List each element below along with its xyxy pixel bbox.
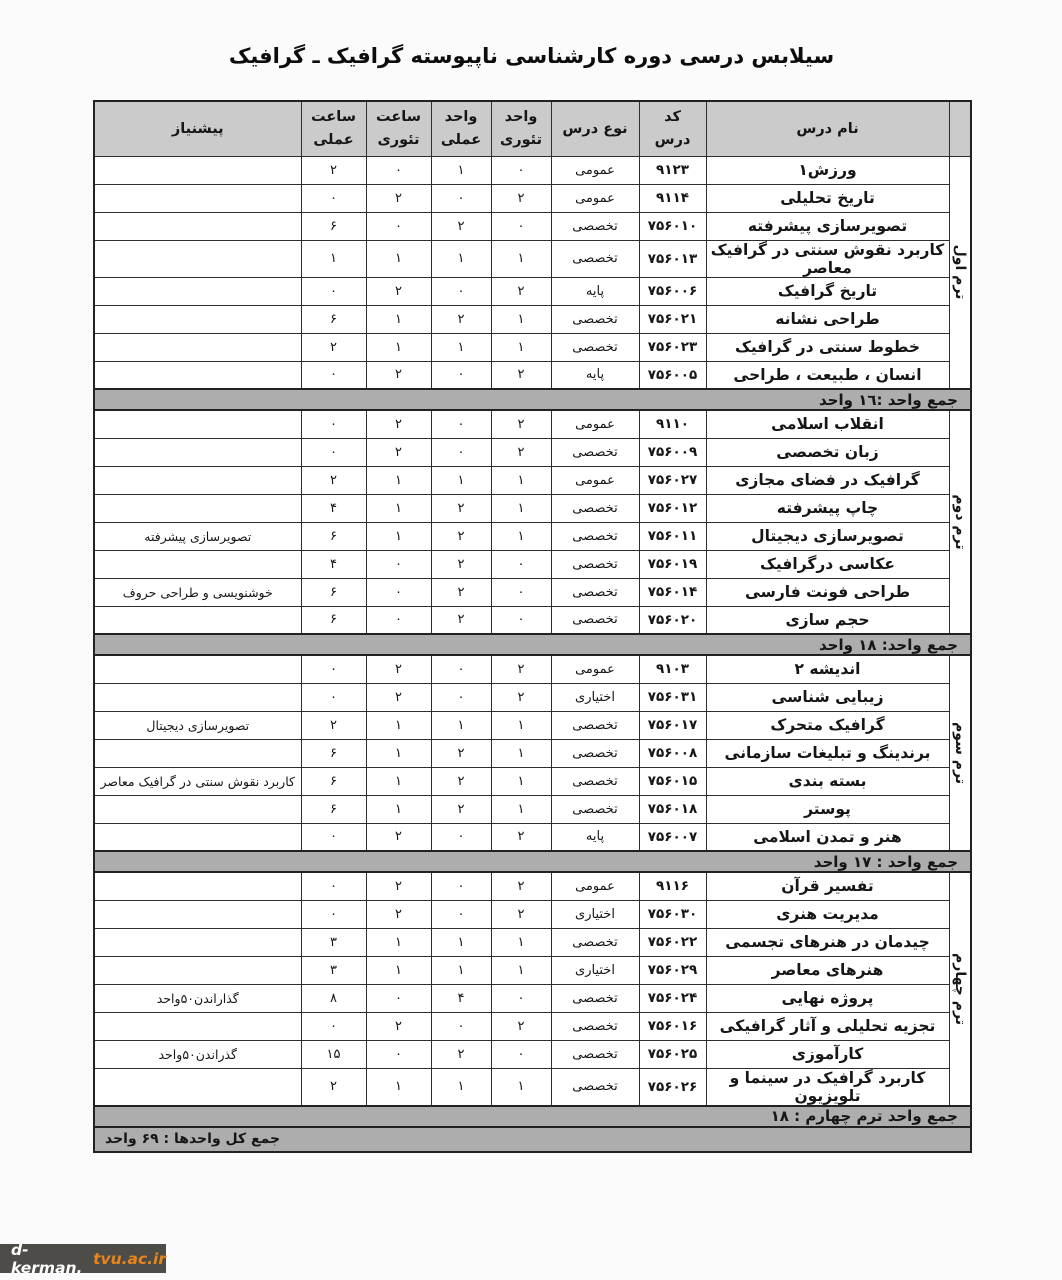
- cell-type: تخصصی: [551, 606, 639, 634]
- cell-ph: ۰: [301, 438, 366, 466]
- cell-code: ۷۵۶۰۰۵: [639, 361, 706, 389]
- course-row: برندینگ و تبلیغات سازمانی۷۵۶۰۰۸تخصصی۱۲۱۶: [94, 739, 971, 767]
- cell-prereq: [94, 872, 301, 900]
- course-row: تصویرسازی دیجیتال۷۵۶۰۱۱تخصصی۱۲۱۶تصویرساز…: [94, 522, 971, 550]
- header-theory-units-line1: واحد: [494, 106, 549, 128]
- header-course-code: کد درس: [639, 101, 706, 156]
- cell-tu: ۲: [491, 438, 551, 466]
- cell-tu: ۲: [491, 410, 551, 438]
- course-row: ترم اولورزش۱۹۱۲۳عمومی۰۱۰۲: [94, 156, 971, 184]
- cell-prereq: [94, 823, 301, 851]
- term-label-cell: ترم چهارم: [949, 872, 971, 1106]
- cell-name: پروژه نهایی: [706, 984, 949, 1012]
- cell-type: پایه: [551, 277, 639, 305]
- cell-pu: ۲: [431, 1040, 491, 1068]
- cell-prereq: [94, 494, 301, 522]
- cell-name: برندینگ و تبلیغات سازمانی: [706, 739, 949, 767]
- course-row: تصویرسازی پیشرفته۷۵۶۰۱۰تخصصی۰۲۰۶: [94, 212, 971, 240]
- cell-type: تخصصی: [551, 1068, 639, 1106]
- cell-th: ۱: [366, 240, 431, 277]
- term-label: ترم اول: [952, 245, 968, 300]
- cell-prereq: [94, 240, 301, 277]
- cell-type: تخصصی: [551, 305, 639, 333]
- cell-th: ۱: [366, 1068, 431, 1106]
- header-practical-units: واحد عملی: [431, 101, 491, 156]
- cell-name: انقلاب اسلامی: [706, 410, 949, 438]
- cell-ph: ۰: [301, 872, 366, 900]
- cell-prereq: [94, 956, 301, 984]
- cell-pu: ۰: [431, 277, 491, 305]
- cell-ph: ۸: [301, 984, 366, 1012]
- cell-name: تاریخ گرافیک: [706, 277, 949, 305]
- cell-pu: ۲: [431, 739, 491, 767]
- cell-ph: ۶: [301, 305, 366, 333]
- cell-ph: ۳: [301, 928, 366, 956]
- cell-pu: ۲: [431, 767, 491, 795]
- cell-type: تخصصی: [551, 984, 639, 1012]
- cell-prereq: [94, 928, 301, 956]
- cell-pu: ۰: [431, 184, 491, 212]
- cell-th: ۱: [366, 795, 431, 823]
- cell-ph: ۶: [301, 767, 366, 795]
- cell-prereq: خوشنویسی و طراحی حروف: [94, 578, 301, 606]
- cell-th: ۰: [366, 1040, 431, 1068]
- cell-ph: ۶: [301, 578, 366, 606]
- term-label: ترم دوم: [952, 494, 968, 549]
- cell-prereq: [94, 305, 301, 333]
- cell-ph: ۰: [301, 823, 366, 851]
- cell-tu: ۰: [491, 984, 551, 1012]
- header-theory-hours-line2: تئوری: [369, 129, 429, 151]
- cell-ph: ۰: [301, 655, 366, 683]
- cell-name: تصویرسازی پیشرفته: [706, 212, 949, 240]
- cell-pu: ۲: [431, 522, 491, 550]
- cell-ph: ۱۵: [301, 1040, 366, 1068]
- cell-th: ۰: [366, 606, 431, 634]
- course-row: کارآموزی۷۵۶۰۲۵تخصصی۰۲۰۱۵گذراندن۵۰واحد: [94, 1040, 971, 1068]
- cell-type: اختیاری: [551, 900, 639, 928]
- cell-name: گرافیک در فضای مجازی: [706, 466, 949, 494]
- cell-tu: ۱: [491, 1068, 551, 1106]
- table-header-row: نام درس کد درس نوع درس واحد تئوری واحد ع…: [94, 101, 971, 156]
- cell-name: زبان تخصصی: [706, 438, 949, 466]
- cell-type: عمومی: [551, 655, 639, 683]
- cell-tu: ۰: [491, 578, 551, 606]
- cell-code: ۷۵۶۰۳۰: [639, 900, 706, 928]
- cell-type: عمومی: [551, 184, 639, 212]
- cell-pu: ۰: [431, 1012, 491, 1040]
- cell-th: ۱: [366, 333, 431, 361]
- cell-type: پایه: [551, 823, 639, 851]
- term-total-label: جمع واحد :١٦ واحد: [94, 389, 971, 410]
- cell-th: ۱: [366, 494, 431, 522]
- course-row: هنر و تمدن اسلامی۷۵۶۰۰۷پایه۲۰۲۰: [94, 823, 971, 851]
- cell-code: ۷۵۶۰۱۴: [639, 578, 706, 606]
- cell-code: ۹۱۱۴: [639, 184, 706, 212]
- course-row: هنرهای معاصر۷۵۶۰۲۹اختیاری۱۱۱۳: [94, 956, 971, 984]
- cell-name: ورزش۱: [706, 156, 949, 184]
- cell-th: ۱: [366, 739, 431, 767]
- cell-code: ۹۱۱۰: [639, 410, 706, 438]
- cell-th: ۲: [366, 184, 431, 212]
- cell-tu: ۲: [491, 872, 551, 900]
- header-theory-units-line2: تئوری: [494, 129, 549, 151]
- cell-ph: ۱: [301, 240, 366, 277]
- cell-pu: ۴: [431, 984, 491, 1012]
- cell-th: ۲: [366, 872, 431, 900]
- course-row: طراحی فونت فارسی۷۵۶۰۱۴تخصصی۰۲۰۶خوشنویسی …: [94, 578, 971, 606]
- grand-total-label: جمع کل واحدها : ۶۹ واحد: [94, 1127, 971, 1152]
- cell-code: ۷۵۶۰۱۷: [639, 711, 706, 739]
- course-row: زیبایی شناسی۷۵۶۰۳۱اختیاری۲۰۲۰: [94, 683, 971, 711]
- cell-ph: ۰: [301, 1012, 366, 1040]
- cell-ph: ۲: [301, 333, 366, 361]
- cell-prereq: [94, 606, 301, 634]
- cell-prereq: گذراندن۵۰واحد: [94, 1040, 301, 1068]
- cell-type: پایه: [551, 361, 639, 389]
- cell-code: ۷۵۶۰۰۸: [639, 739, 706, 767]
- cell-tu: ۲: [491, 683, 551, 711]
- cell-code: ۷۵۶۰۲۴: [639, 984, 706, 1012]
- cell-name: مدیریت هنری: [706, 900, 949, 928]
- cell-prereq: تصویرسازی پیشرفته: [94, 522, 301, 550]
- cell-th: ۱: [366, 522, 431, 550]
- course-row: کاربرد گرافیک در سینما و تلویزیون۷۵۶۰۲۶ت…: [94, 1068, 971, 1106]
- cell-code: ۷۵۶۰۳۱: [639, 683, 706, 711]
- cell-ph: ۶: [301, 795, 366, 823]
- cell-ph: ۴: [301, 494, 366, 522]
- cell-prereq: [94, 1012, 301, 1040]
- cell-pu: ۲: [431, 494, 491, 522]
- cell-code: ۷۵۶۰۲۳: [639, 333, 706, 361]
- cell-pu: ۰: [431, 655, 491, 683]
- cell-type: تخصصی: [551, 739, 639, 767]
- cell-prereq: [94, 184, 301, 212]
- course-row: مدیریت هنری۷۵۶۰۳۰اختیاری۲۰۲۰: [94, 900, 971, 928]
- cell-name: گرافیک متحرک: [706, 711, 949, 739]
- cell-tu: ۱: [491, 795, 551, 823]
- cell-name: خطوط سنتی در گرافیک: [706, 333, 949, 361]
- cell-ph: ۶: [301, 606, 366, 634]
- cell-th: ۱: [366, 305, 431, 333]
- course-row: تجزیه تحلیلی و آثار گرافیکی۷۵۶۰۱۶تخصصی۲۰…: [94, 1012, 971, 1040]
- term-total-label: جمع واحد: ۱۸ واحد: [94, 634, 971, 655]
- cell-type: تخصصی: [551, 494, 639, 522]
- cell-th: ۱: [366, 767, 431, 795]
- cell-th: ۲: [366, 823, 431, 851]
- cell-ph: ۰: [301, 410, 366, 438]
- cell-ph: ۶: [301, 212, 366, 240]
- cell-tu: ۱: [491, 305, 551, 333]
- cell-name: زیبایی شناسی: [706, 683, 949, 711]
- page-title: سیلابس درسی دوره کارشناسی ناپیوسته گرافی…: [93, 44, 970, 68]
- cell-tu: ۱: [491, 928, 551, 956]
- cell-pu: ۰: [431, 410, 491, 438]
- cell-name: طراحی فونت فارسی: [706, 578, 949, 606]
- cell-tu: ۲: [491, 1012, 551, 1040]
- cell-code: ۷۵۶۰۱۶: [639, 1012, 706, 1040]
- term-label-cell: ترم سوم: [949, 655, 971, 851]
- cell-name: چیدمان در هنرهای تجسمی: [706, 928, 949, 956]
- cell-ph: ۲: [301, 711, 366, 739]
- course-row: پوستر۷۵۶۰۱۸تخصصی۱۲۱۶: [94, 795, 971, 823]
- cell-prereq: [94, 550, 301, 578]
- cell-tu: ۲: [491, 655, 551, 683]
- term-label: ترم چهارم: [952, 953, 968, 1025]
- cell-name: کاربرد نقوش سنتی در گرافیک معاصر: [706, 240, 949, 277]
- cell-th: ۱: [366, 466, 431, 494]
- cell-type: عمومی: [551, 410, 639, 438]
- page: { "title": "سیلابس درسی دوره کارشناسی نا…: [0, 0, 1062, 1280]
- cell-prereq: گذاراندن۵۰واحد: [94, 984, 301, 1012]
- course-row: کاربرد نقوش سنتی در گرافیک معاصر۷۵۶۰۱۳تخ…: [94, 240, 971, 277]
- cell-pu: ۲: [431, 578, 491, 606]
- cell-code: ۷۵۶۰۱۸: [639, 795, 706, 823]
- cell-tu: ۲: [491, 184, 551, 212]
- cell-name: طراحی نشانه: [706, 305, 949, 333]
- watermark-site: d-kerman.: [11, 1241, 93, 1277]
- cell-type: عمومی: [551, 872, 639, 900]
- cell-th: ۰: [366, 984, 431, 1012]
- course-row: چاپ پیشرفته۷۵۶۰۱۲تخصصی۱۲۱۴: [94, 494, 971, 522]
- course-row: طراحی نشانه۷۵۶۰۲۱تخصصی۱۲۱۶: [94, 305, 971, 333]
- cell-prereq: [94, 795, 301, 823]
- cell-type: تخصصی: [551, 333, 639, 361]
- cell-tu: ۱: [491, 240, 551, 277]
- cell-pu: ۱: [431, 466, 491, 494]
- cell-pu: ۱: [431, 156, 491, 184]
- header-practical-hours-line1: ساعت: [304, 106, 364, 128]
- cell-type: عمومی: [551, 466, 639, 494]
- cell-code: ۷۵۶۰۲۷: [639, 466, 706, 494]
- cell-code: ۷۵۶۰۲۰: [639, 606, 706, 634]
- course-row: عکاسی درگرافیک۷۵۶۰۱۹تخصصی۰۲۰۴: [94, 550, 971, 578]
- term-total-label: جمع واحد ترم چهارم : ۱۸: [94, 1106, 971, 1127]
- cell-type: تخصصی: [551, 550, 639, 578]
- cell-prereq: [94, 212, 301, 240]
- course-row: تاریخ تحلیلی۹۱۱۴عمومی۲۰۲۰: [94, 184, 971, 212]
- term-total-row: جمع واحد : ۱۷ واحد: [94, 851, 971, 872]
- cell-ph: ۰: [301, 184, 366, 212]
- cell-ph: ۴: [301, 550, 366, 578]
- cell-tu: ۲: [491, 900, 551, 928]
- term-total-row: جمع واحد :١٦ واحد: [94, 389, 971, 410]
- cell-prereq: [94, 739, 301, 767]
- cell-code: ۷۵۶۰۰۷: [639, 823, 706, 851]
- cell-th: ۱: [366, 928, 431, 956]
- cell-prereq: [94, 361, 301, 389]
- cell-th: ۲: [366, 1012, 431, 1040]
- header-practical-hours-line2: عملی: [304, 129, 364, 151]
- cell-pu: ۲: [431, 795, 491, 823]
- cell-pu: ۰: [431, 823, 491, 851]
- cell-ph: ۲: [301, 466, 366, 494]
- cell-prereq: [94, 156, 301, 184]
- cell-pu: ۰: [431, 900, 491, 928]
- cell-prereq: [94, 466, 301, 494]
- course-row: بسته بندی۷۵۶۰۱۵تخصصی۱۲۱۶کاربرد نقوش سنتی…: [94, 767, 971, 795]
- cell-name: حجم سازی: [706, 606, 949, 634]
- cell-prereq: [94, 655, 301, 683]
- header-theory-units: واحد تئوری: [491, 101, 551, 156]
- cell-type: تخصصی: [551, 240, 639, 277]
- header-practical-hours: ساعت عملی: [301, 101, 366, 156]
- cell-pu: ۰: [431, 872, 491, 900]
- cell-prereq: [94, 410, 301, 438]
- cell-tu: ۰: [491, 550, 551, 578]
- term-label-cell: ترم اول: [949, 156, 971, 389]
- cell-pu: ۱: [431, 240, 491, 277]
- cell-tu: ۲: [491, 361, 551, 389]
- course-row: چیدمان در هنرهای تجسمی۷۵۶۰۲۲تخصصی۱۱۱۳: [94, 928, 971, 956]
- cell-type: تخصصی: [551, 711, 639, 739]
- cell-name: هنرهای معاصر: [706, 956, 949, 984]
- course-row: ترم چهارمتفسیر قرآن۹۱۱۶عمومی۲۰۲۰: [94, 872, 971, 900]
- cell-type: تخصصی: [551, 795, 639, 823]
- cell-code: ۹۱۱۶: [639, 872, 706, 900]
- cell-tu: ۰: [491, 1040, 551, 1068]
- course-row: ترم دومانقلاب اسلامی۹۱۱۰عمومی۲۰۲۰: [94, 410, 971, 438]
- cell-name: چاپ پیشرفته: [706, 494, 949, 522]
- cell-type: تخصصی: [551, 522, 639, 550]
- header-term-column: [949, 101, 971, 156]
- cell-pu: ۱: [431, 956, 491, 984]
- cell-th: ۲: [366, 438, 431, 466]
- cell-tu: ۱: [491, 956, 551, 984]
- header-course-type: نوع درس: [551, 101, 639, 156]
- cell-th: ۲: [366, 655, 431, 683]
- cell-name: کارآموزی: [706, 1040, 949, 1068]
- cell-th: ۲: [366, 361, 431, 389]
- cell-tu: ۰: [491, 606, 551, 634]
- header-course-code-line1: کد: [642, 106, 704, 128]
- cell-pu: ۰: [431, 683, 491, 711]
- cell-code: ۹۱۰۳: [639, 655, 706, 683]
- cell-pu: ۱: [431, 711, 491, 739]
- header-course-code-line2: درس: [642, 129, 704, 151]
- cell-th: ۲: [366, 900, 431, 928]
- cell-th: ۲: [366, 683, 431, 711]
- cell-prereq: [94, 1068, 301, 1106]
- cell-ph: ۶: [301, 739, 366, 767]
- cell-ph: ۲: [301, 1068, 366, 1106]
- cell-code: ۷۵۶۰۲۱: [639, 305, 706, 333]
- term-total-row: جمع واحد: ۱۸ واحد: [94, 634, 971, 655]
- cell-type: تخصصی: [551, 928, 639, 956]
- cell-th: ۱: [366, 956, 431, 984]
- cell-type: اختیاری: [551, 956, 639, 984]
- course-row: ترم سوماندیشه ۲۹۱۰۳عمومی۲۰۲۰: [94, 655, 971, 683]
- cell-tu: ۰: [491, 156, 551, 184]
- cell-pu: ۰: [431, 438, 491, 466]
- cell-prereq: [94, 438, 301, 466]
- cell-tu: ۲: [491, 277, 551, 305]
- term-label: ترم سوم: [952, 722, 968, 784]
- cell-tu: ۱: [491, 494, 551, 522]
- cell-name: تفسیر قرآن: [706, 872, 949, 900]
- cell-tu: ۱: [491, 466, 551, 494]
- cell-code: ۷۵۶۰۰۹: [639, 438, 706, 466]
- cell-ph: ۳: [301, 956, 366, 984]
- cell-prereq: [94, 277, 301, 305]
- cell-pu: ۲: [431, 550, 491, 578]
- cell-code: ۷۵۶۰۲۵: [639, 1040, 706, 1068]
- cell-name: تصویرسازی دیجیتال: [706, 522, 949, 550]
- cell-prereq: تصویرسازی دیجیتال: [94, 711, 301, 739]
- header-practical-units-line2: عملی: [434, 129, 489, 151]
- header-prerequisite: پیشنیاز: [94, 101, 301, 156]
- cell-tu: ۱: [491, 711, 551, 739]
- cell-tu: ۱: [491, 333, 551, 361]
- cell-type: تخصصی: [551, 1012, 639, 1040]
- course-row: زبان تخصصی۷۵۶۰۰۹تخصصی۲۰۲۰: [94, 438, 971, 466]
- cell-name: کاربرد گرافیک در سینما و تلویزیون: [706, 1068, 949, 1106]
- cell-ph: ۶: [301, 522, 366, 550]
- cell-tu: ۱: [491, 522, 551, 550]
- cell-ph: ۰: [301, 277, 366, 305]
- cell-th: ۰: [366, 212, 431, 240]
- course-row: گرافیک در فضای مجازی۷۵۶۰۲۷عمومی۱۱۱۲: [94, 466, 971, 494]
- course-row: حجم سازی۷۵۶۰۲۰تخصصی۰۲۰۶: [94, 606, 971, 634]
- cell-code: ۷۵۶۰۰۶: [639, 277, 706, 305]
- cell-ph: ۲: [301, 156, 366, 184]
- cell-prereq: [94, 333, 301, 361]
- cell-code: ۷۵۶۰۲۲: [639, 928, 706, 956]
- cell-ph: ۰: [301, 361, 366, 389]
- cell-th: ۰: [366, 156, 431, 184]
- cell-th: ۲: [366, 277, 431, 305]
- cell-ph: ۰: [301, 900, 366, 928]
- cell-type: عمومی: [551, 156, 639, 184]
- cell-code: ۷۵۶۰۱۳: [639, 240, 706, 277]
- cell-code: ۹۱۲۳: [639, 156, 706, 184]
- cell-code: ۷۵۶۰۱۱: [639, 522, 706, 550]
- cell-code: ۷۵۶۰۱۵: [639, 767, 706, 795]
- cell-code: ۷۵۶۰۱۲: [639, 494, 706, 522]
- cell-tu: ۱: [491, 767, 551, 795]
- cell-name: پوستر: [706, 795, 949, 823]
- header-theory-hours: ساعت تئوری: [366, 101, 431, 156]
- header-practical-units-line1: واحد: [434, 106, 489, 128]
- course-row: خطوط سنتی در گرافیک۷۵۶۰۲۳تخصصی۱۱۱۲: [94, 333, 971, 361]
- cell-name: اندیشه ۲: [706, 655, 949, 683]
- cell-th: ۲: [366, 410, 431, 438]
- cell-code: ۷۵۶۰۲۶: [639, 1068, 706, 1106]
- cell-pu: ۲: [431, 305, 491, 333]
- cell-prereq: کاربرد نقوش سنتی در گرافیک معاصر: [94, 767, 301, 795]
- course-table-body: ترم اولورزش۱۹۱۲۳عمومی۰۱۰۲تاریخ تحلیلی۹۱۱…: [94, 156, 971, 1152]
- cell-pu: ۱: [431, 333, 491, 361]
- cell-tu: ۰: [491, 212, 551, 240]
- cell-tu: ۲: [491, 823, 551, 851]
- cell-code: ۷۵۶۰۱۹: [639, 550, 706, 578]
- cell-prereq: [94, 683, 301, 711]
- course-row: گرافیک متحرک۷۵۶۰۱۷تخصصی۱۱۱۲تصویرسازی دیج…: [94, 711, 971, 739]
- cell-code: ۷۵۶۰۲۹: [639, 956, 706, 984]
- cell-name: بسته بندی: [706, 767, 949, 795]
- cell-tu: ۱: [491, 739, 551, 767]
- cell-th: ۰: [366, 550, 431, 578]
- cell-name: تاریخ تحلیلی: [706, 184, 949, 212]
- cell-th: ۰: [366, 578, 431, 606]
- cell-type: تخصصی: [551, 438, 639, 466]
- cell-pu: ۲: [431, 212, 491, 240]
- cell-pu: ۲: [431, 606, 491, 634]
- cell-type: تخصصی: [551, 578, 639, 606]
- cell-type: اختیاری: [551, 683, 639, 711]
- cell-prereq: [94, 900, 301, 928]
- header-theory-hours-line1: ساعت: [369, 106, 429, 128]
